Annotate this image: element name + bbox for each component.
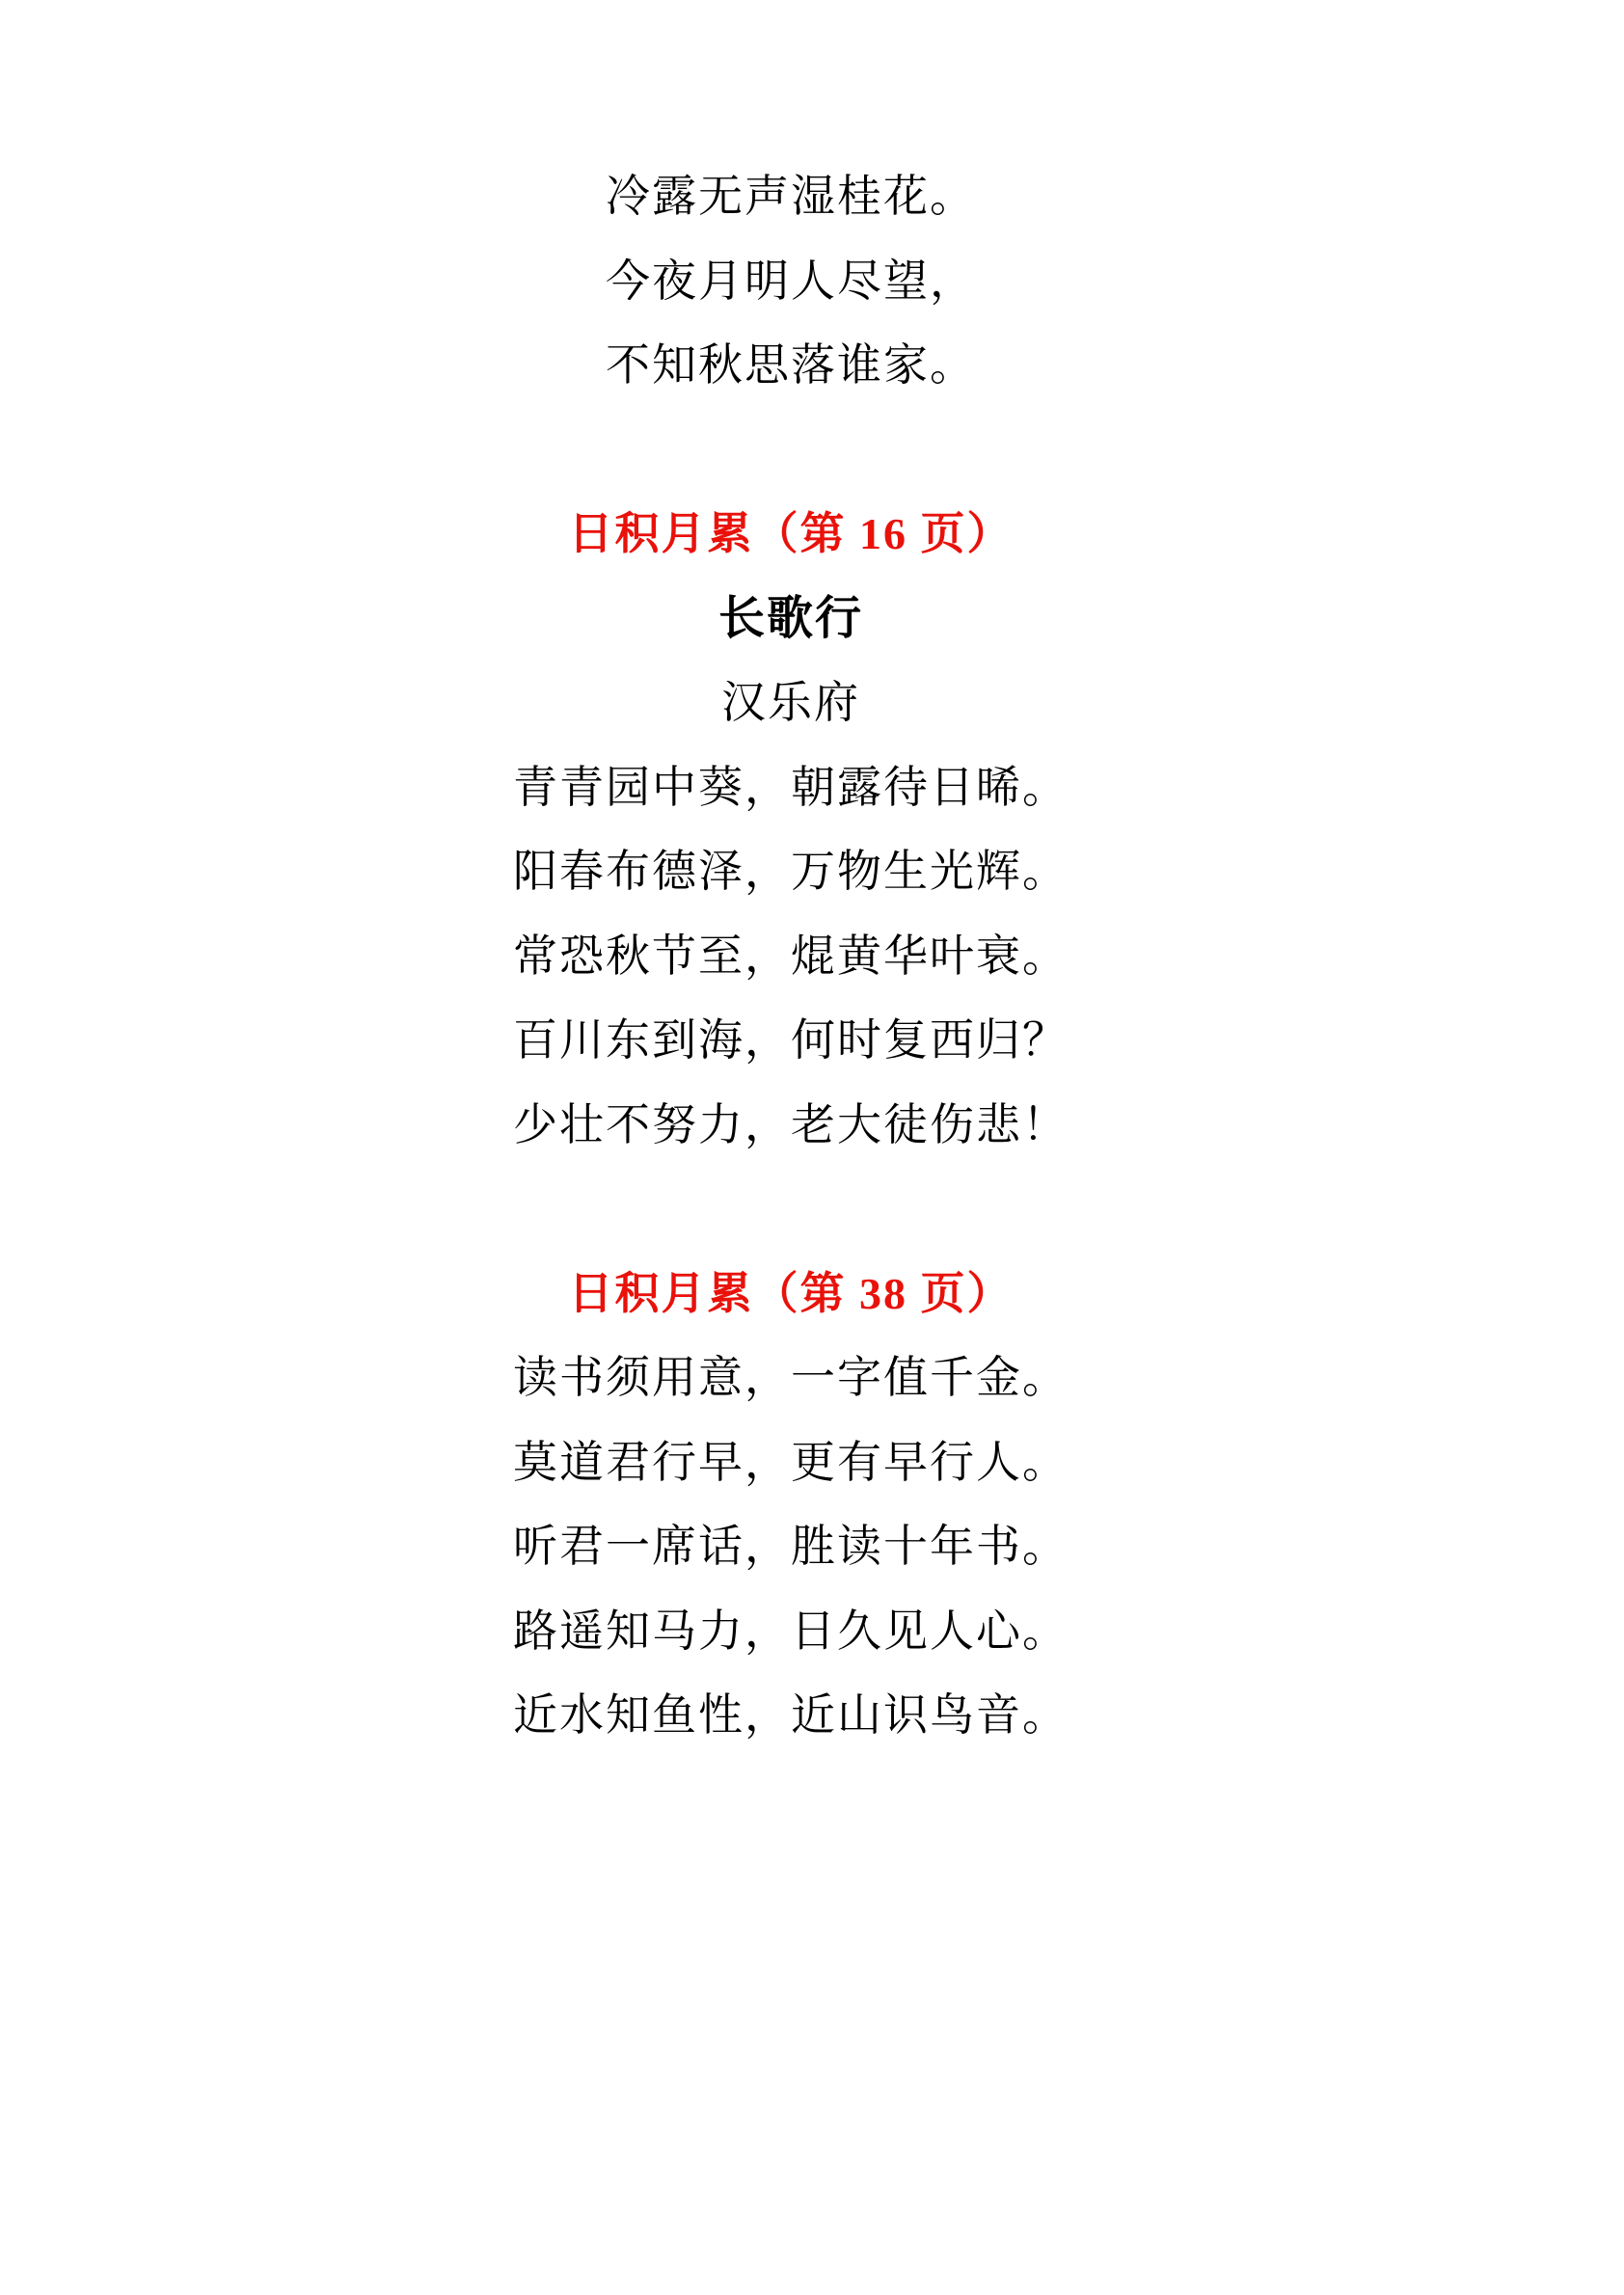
poem-line: 听君一席话，胜读十年书。 [0, 1504, 1582, 1589]
poem-line: 不知秋思落谁家。 [0, 323, 1582, 408]
poem-line: 路遥知马力，日久见人心。 [0, 1589, 1582, 1674]
poem-author: 汉乐府 [0, 661, 1582, 745]
poem-line: 青青园中葵，朝露待日晞。 [0, 745, 1582, 830]
poem-line: 常恐秋节至，焜黄华叶衰。 [0, 914, 1582, 999]
section-heading: 日积月累（第 16 页） [0, 492, 1582, 577]
poem-line: 少壮不努力，老大徒伤悲！ [0, 1083, 1582, 1168]
section-heading: 日积月累（第 38 页） [0, 1252, 1582, 1336]
poem-line: 冷露无声湿桂花。 [0, 154, 1582, 239]
poem-line: 莫道君行早，更有早行人。 [0, 1420, 1582, 1505]
poem-line: 百川东到海，何时复西归？ [0, 998, 1582, 1083]
section-page16: 日积月累（第 16 页） 长歌行 汉乐府 青青园中葵，朝露待日晞。 阳春布德泽，… [0, 492, 1582, 1167]
document-page: 冷露无声湿桂花。 今夜月明人尽望， 不知秋思落谁家。 日积月累（第 16 页） … [0, 0, 1624, 2295]
section-page38: 日积月累（第 38 页） 读书须用意，一字值千金。 莫道君行早，更有早行人。 听… [0, 1252, 1582, 1758]
document-content: 冷露无声湿桂花。 今夜月明人尽望， 不知秋思落谁家。 日积月累（第 16 页） … [0, 0, 1624, 1758]
poem-intro-block: 冷露无声湿桂花。 今夜月明人尽望， 不知秋思落谁家。 [0, 154, 1582, 408]
poem-line: 近水知鱼性，近山识鸟音。 [0, 1673, 1582, 1758]
poem-line: 今夜月明人尽望， [0, 239, 1582, 324]
poem-line: 读书须用意，一字值千金。 [0, 1336, 1582, 1420]
poem-line: 阳春布德泽，万物生光辉。 [0, 829, 1582, 914]
poem-title: 长歌行 [0, 577, 1582, 661]
